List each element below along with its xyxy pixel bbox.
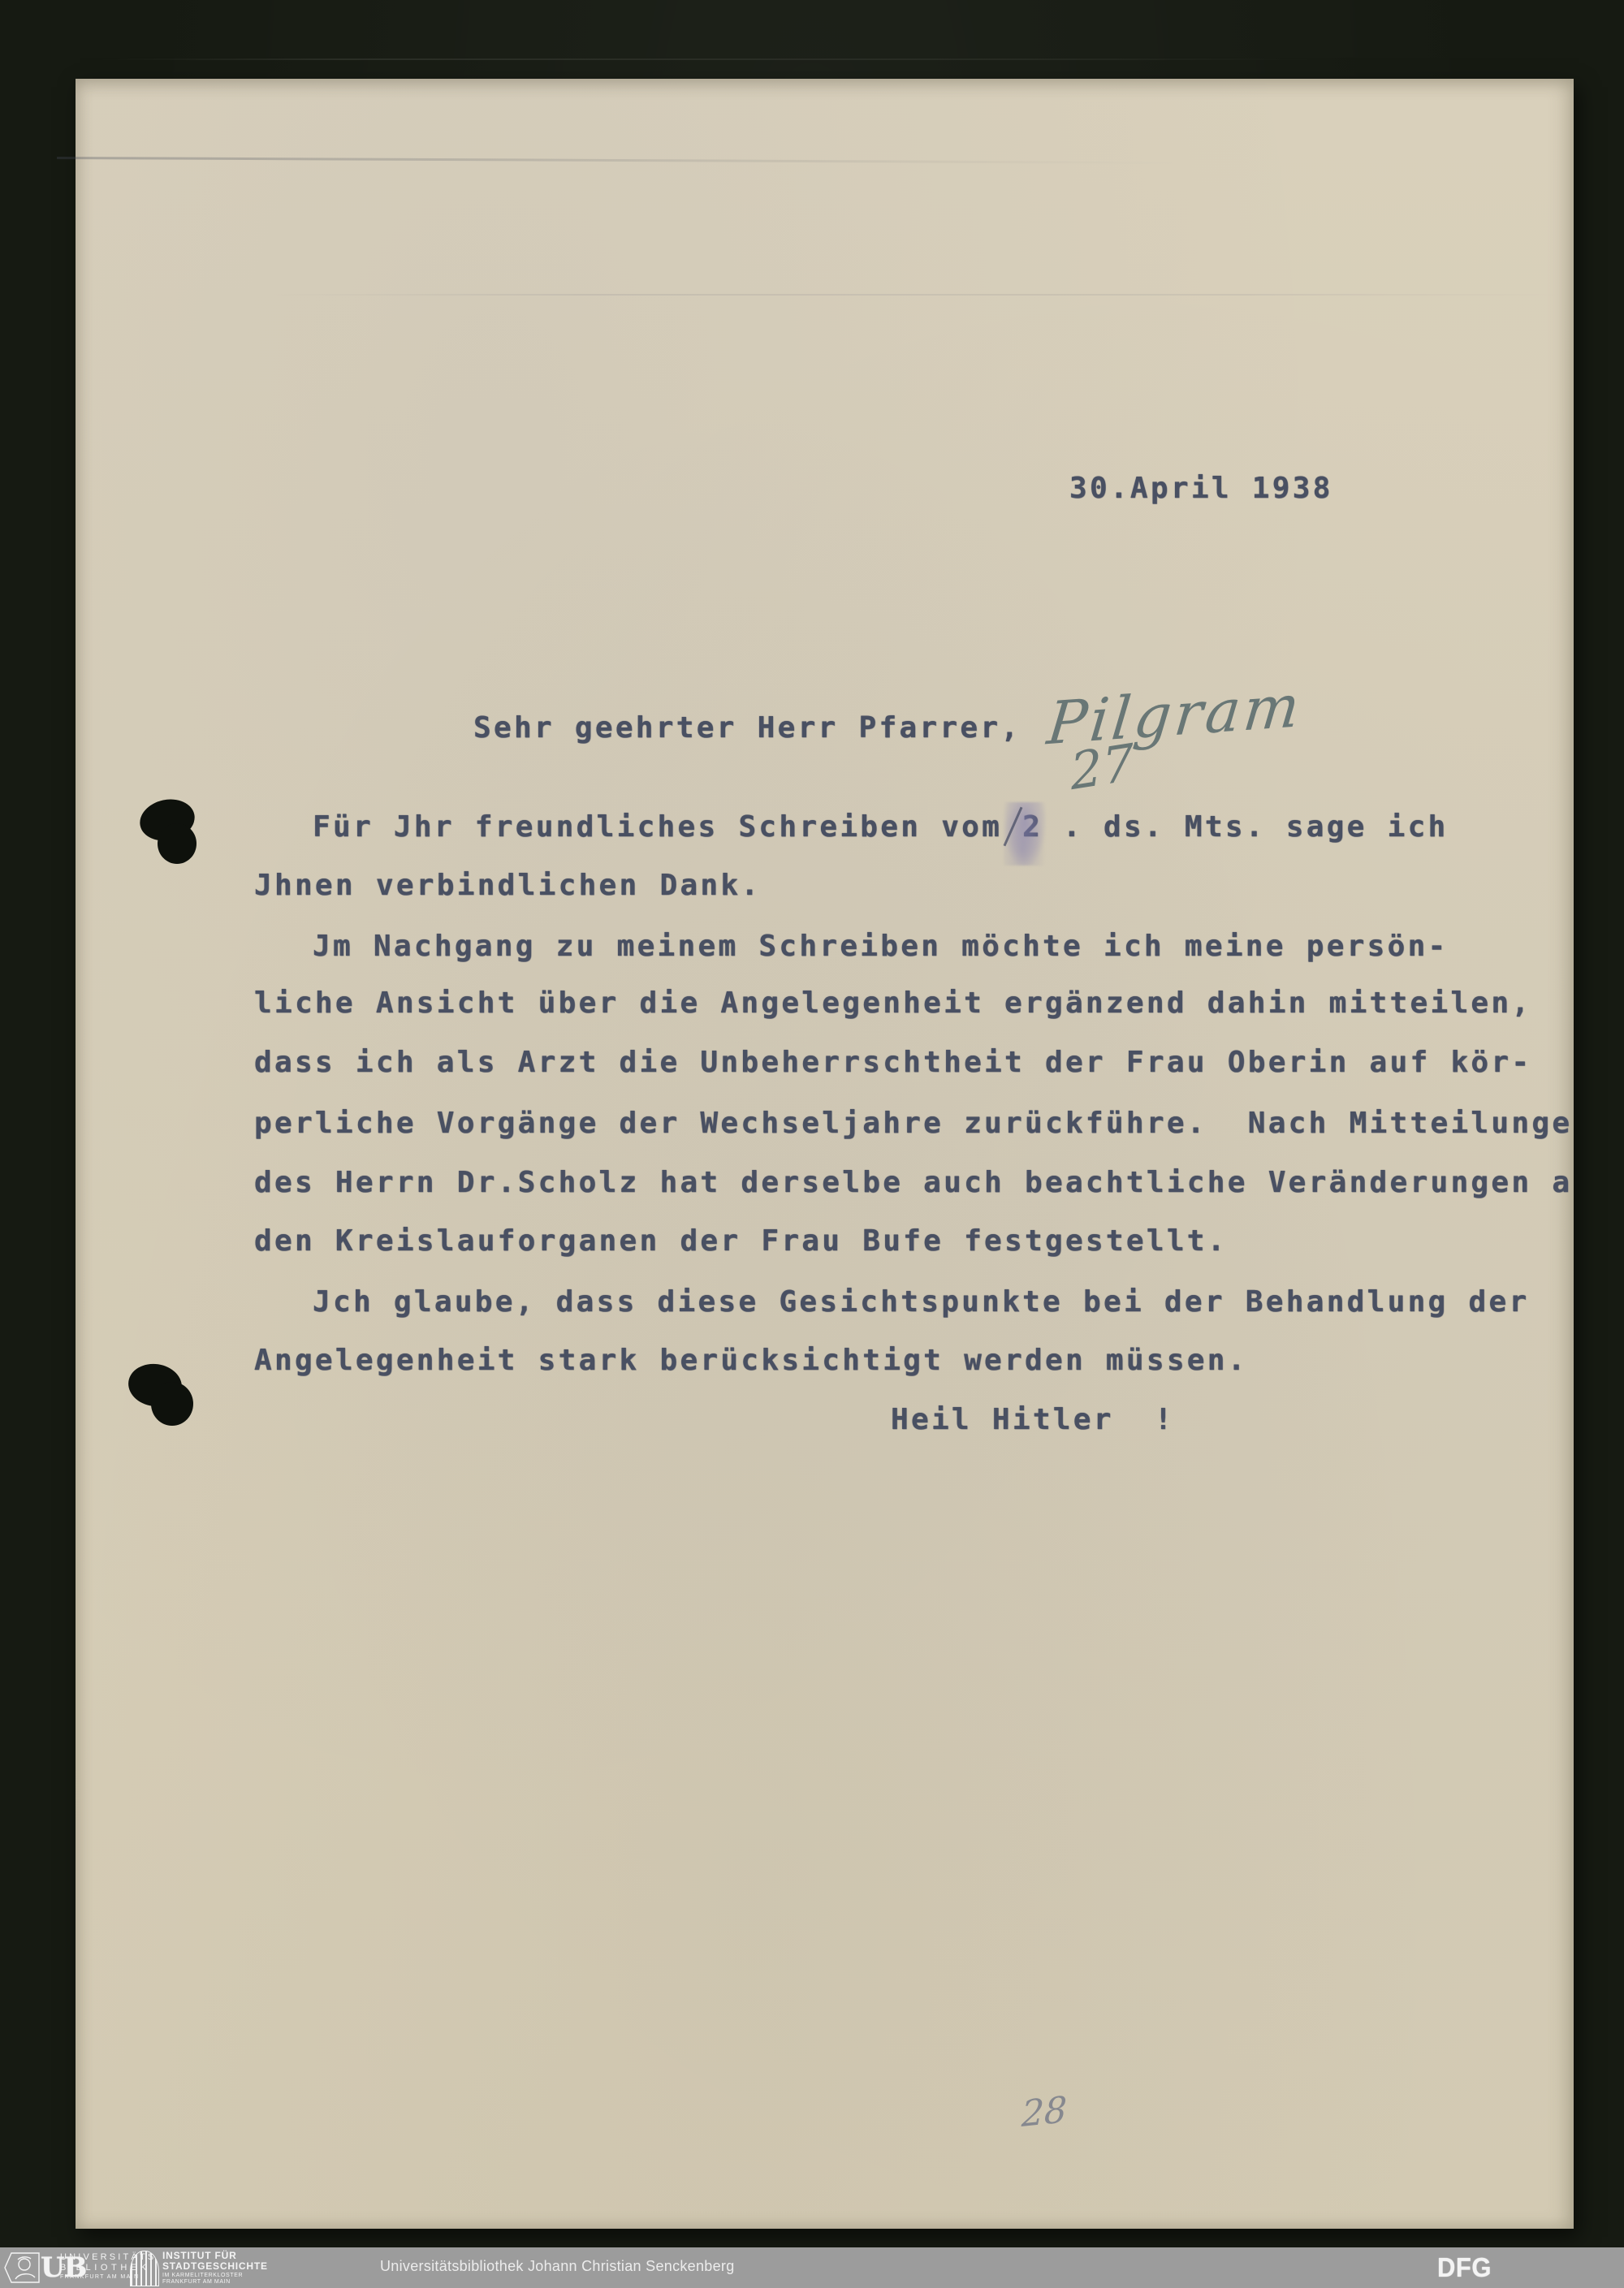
letter-salutation: Sehr geehrter Herr Pfarrer,: [473, 712, 1021, 745]
dfg-logo: DFG: [1437, 2252, 1492, 2284]
letter-body-line: Jhnen verbindlichen Dank.: [254, 870, 761, 902]
letter-body-line: dass ich als Arzt die Unbeherrschtheit d…: [254, 1047, 1531, 1079]
letter-date: 30.April 1938: [1069, 473, 1333, 505]
library-credit-text: Universitätsbibliothek Johann Christian …: [380, 2258, 735, 2275]
institute-logo-text: INSTITUT FÜR STADTGESCHICHTE IM KARMELIT…: [162, 2251, 268, 2285]
letter-body-line: des Herrn Dr.Scholz hat derselbe auch be…: [254, 1167, 1572, 1199]
handwritten-number-annotation: 27: [1069, 732, 1136, 802]
letter-body-line: Jch glaube, dass diese Gesichtspunkte be…: [313, 1286, 1529, 1319]
institute-text-line3: IM KARMELITERKLOSTER: [162, 2273, 268, 2278]
institute-text-line2: STADTGESCHICHTE: [162, 2261, 268, 2271]
document-page: [76, 79, 1574, 2229]
institute-text-line4: FRANKFURT AM MAIN: [162, 2279, 268, 2285]
scanner-scratch-line: [97, 58, 1315, 60]
library-footer-bar: UB UNIVERSITÄTS BIBLIOTHEK FRANKFURT AM …: [0, 2247, 1624, 2288]
institute-text-line1: INSTITUT FÜR: [162, 2251, 268, 2260]
pencil-page-number: 28: [1021, 2089, 1067, 2135]
institute-window-icon: [130, 2251, 159, 2286]
letter-body-line: Angelegenheit stark berücksichtigt werde…: [254, 1345, 1248, 1377]
punch-hole-top-lobe: [158, 823, 197, 864]
letter-body-line: liche Ansicht über die Angelegenheit erg…: [254, 987, 1531, 1020]
letter-body-line: Für Jhr freundliches Schreiben vom 2 . d…: [313, 811, 1449, 844]
letter-body-line: den Kreislauforganen der Frau Bufe festg…: [254, 1225, 1228, 1258]
letter-closing: Heil Hitler !: [891, 1404, 1175, 1436]
letter-body-line: perliche Vorgänge der Wechseljahre zurüc…: [254, 1107, 1572, 1140]
punch-hole-bottom-lobe: [151, 1382, 193, 1426]
letter-body-line: Jm Nachgang zu meinem Schreiben möchte i…: [313, 930, 1449, 963]
